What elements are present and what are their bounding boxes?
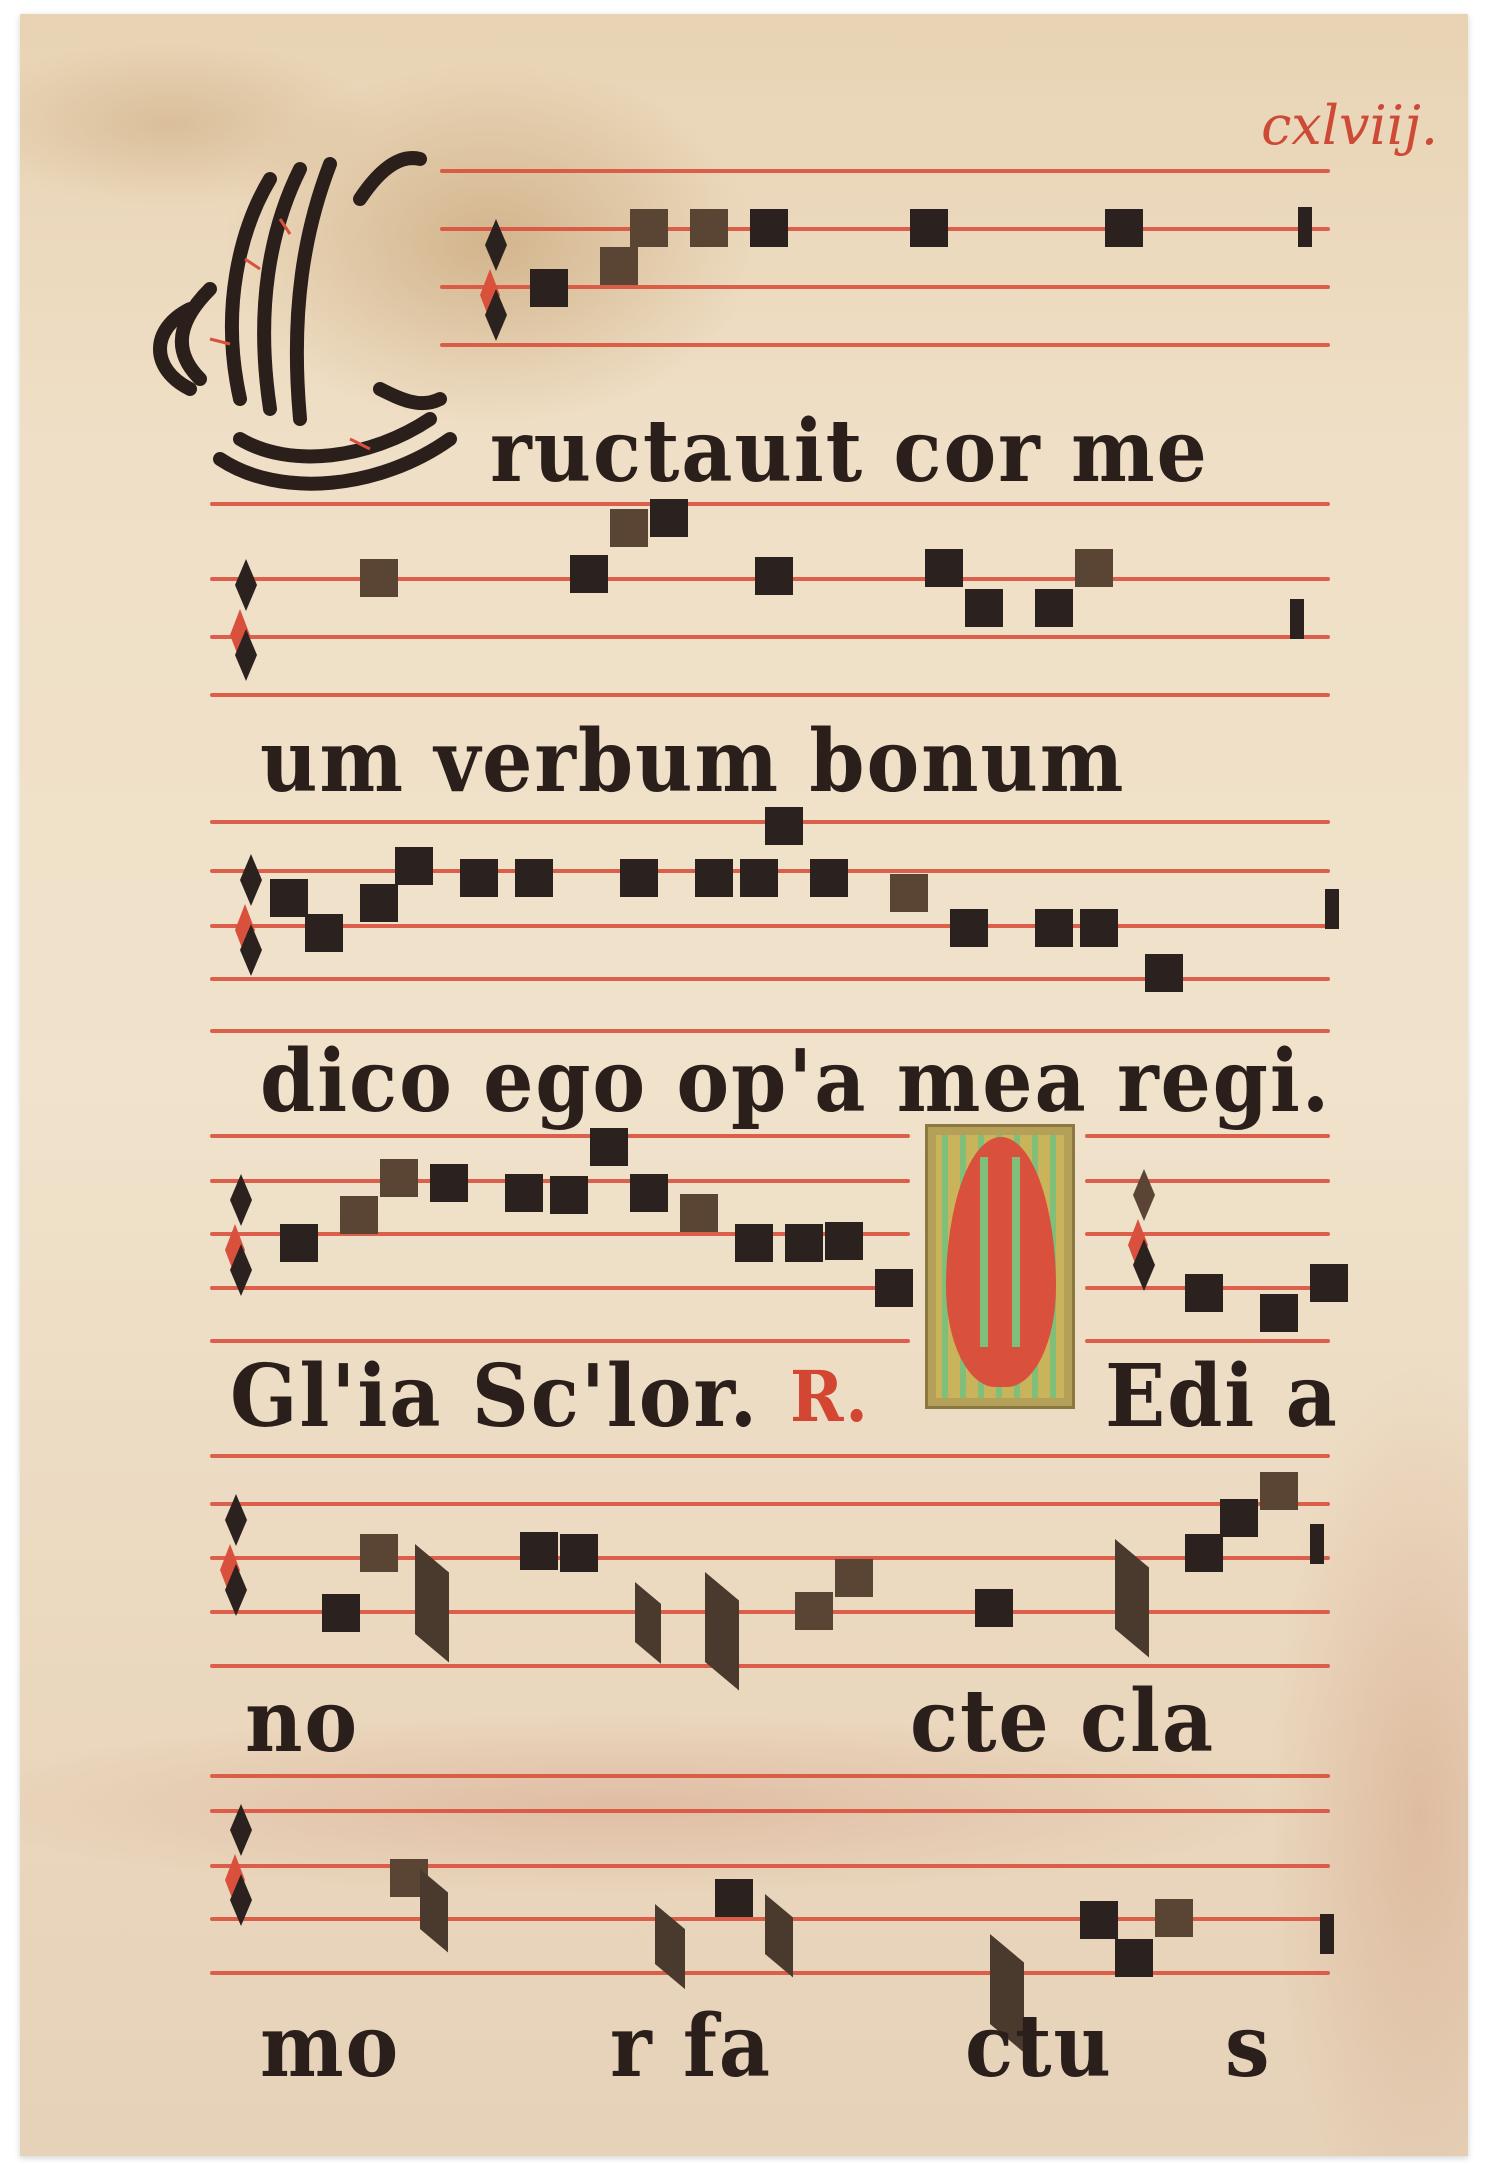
neume <box>1035 909 1073 947</box>
neume <box>650 499 688 537</box>
neume <box>1115 1939 1153 1977</box>
neume <box>1080 1901 1118 1939</box>
ligature <box>765 1894 793 1977</box>
neume <box>750 209 788 247</box>
staff-2 <box>210 519 1330 699</box>
neume <box>505 1174 543 1212</box>
neume <box>1035 589 1073 627</box>
neume <box>340 1196 378 1234</box>
custos <box>1290 599 1304 639</box>
neume <box>610 509 648 547</box>
neume <box>965 589 1003 627</box>
neume <box>560 1534 598 1572</box>
neume <box>630 209 668 247</box>
staff-4 <box>210 1134 1330 1344</box>
staff-3 <box>210 819 1330 1029</box>
neume <box>520 1532 558 1570</box>
neume <box>910 209 948 247</box>
lyric-line-6-part-2: r fa <box>610 2004 772 2090</box>
lyric-line-4-part-1: Gl'ia Sc'lor. <box>230 1354 759 1440</box>
c-clef-icon <box>220 1494 250 1644</box>
neume <box>280 1224 318 1262</box>
neume <box>360 559 398 597</box>
neume <box>360 1534 398 1572</box>
neume <box>1310 1264 1348 1302</box>
staff-1 <box>440 169 1330 349</box>
neume <box>270 879 308 917</box>
neume <box>515 859 553 897</box>
neume <box>305 914 343 952</box>
neume <box>600 247 638 285</box>
neume <box>785 1224 823 1262</box>
c-clef-icon <box>480 219 510 369</box>
neume <box>1155 1899 1193 1937</box>
custos <box>1325 889 1339 929</box>
lyric-line-5-part-1: no <box>245 1679 359 1765</box>
custos <box>1320 1914 1334 1954</box>
neume <box>875 1269 913 1307</box>
neume <box>890 874 928 912</box>
neume <box>1185 1534 1223 1572</box>
neume <box>1105 209 1143 247</box>
ligature <box>635 1582 661 1664</box>
neume <box>380 1159 418 1197</box>
c-clef-icon <box>230 559 260 709</box>
lyric-line-3: dico ego op'a mea regi. <box>260 1039 1331 1125</box>
lyric-line-6-part-4: s <box>1225 2004 1271 2090</box>
custos <box>1298 207 1312 247</box>
neume <box>755 557 793 595</box>
neume <box>810 859 848 897</box>
neume <box>925 549 963 587</box>
manuscript-leaf: cxlviij. <box>20 14 1468 2156</box>
responsory-mark: R. <box>790 1362 870 1432</box>
decorated-initial-e <box>150 139 480 519</box>
neume <box>430 1164 468 1202</box>
neume <box>1260 1294 1298 1332</box>
ligature <box>415 1544 449 1663</box>
staff-5 <box>210 1454 1330 1674</box>
neume <box>1220 1499 1258 1537</box>
neume <box>630 1174 668 1212</box>
custos <box>1310 1524 1324 1564</box>
neume <box>1185 1274 1223 1312</box>
neume <box>1145 954 1183 992</box>
neume <box>835 1559 873 1597</box>
neume <box>460 859 498 897</box>
neume <box>715 1879 753 1917</box>
lyric-line-1: ructauit cor me <box>490 409 1209 495</box>
neume <box>765 807 803 845</box>
neume <box>620 859 658 897</box>
neume <box>795 1592 833 1630</box>
c-clef-icon <box>235 854 265 1004</box>
neume <box>570 555 608 593</box>
neume <box>735 1224 773 1262</box>
ligature <box>705 1572 739 1691</box>
neume <box>530 269 568 307</box>
neume <box>690 209 728 247</box>
illuminated-initial-m: M <box>925 1124 1075 1409</box>
c-clef-icon <box>225 1174 255 1324</box>
lyric-line-6-part-3: ctu <box>965 2004 1113 2090</box>
neume <box>1075 549 1113 587</box>
neume <box>975 1589 1013 1627</box>
neume <box>825 1222 863 1260</box>
lyric-line-5-part-2: cte cla <box>910 1679 1215 1765</box>
folio-number: cxlviij. <box>1261 94 1438 157</box>
c-clef-icon <box>225 1804 255 1954</box>
neume <box>740 859 778 897</box>
lyric-line-4-part-2: Edi a <box>1105 1354 1339 1440</box>
neume <box>590 1128 628 1166</box>
neume <box>680 1194 718 1232</box>
neume <box>550 1176 588 1214</box>
neume <box>1080 909 1118 947</box>
neume <box>395 847 433 885</box>
neume <box>1260 1472 1298 1510</box>
neume <box>695 859 733 897</box>
neume <box>322 1594 360 1632</box>
neume <box>360 884 398 922</box>
staff-6 <box>210 1809 1330 1989</box>
lyric-line-6-part-1: mo <box>260 2004 400 2090</box>
ligature <box>420 1869 448 1952</box>
neume <box>950 909 988 947</box>
c-clef-icon <box>1128 1169 1158 1319</box>
lyric-line-2: um verbum bonum <box>260 719 1125 805</box>
